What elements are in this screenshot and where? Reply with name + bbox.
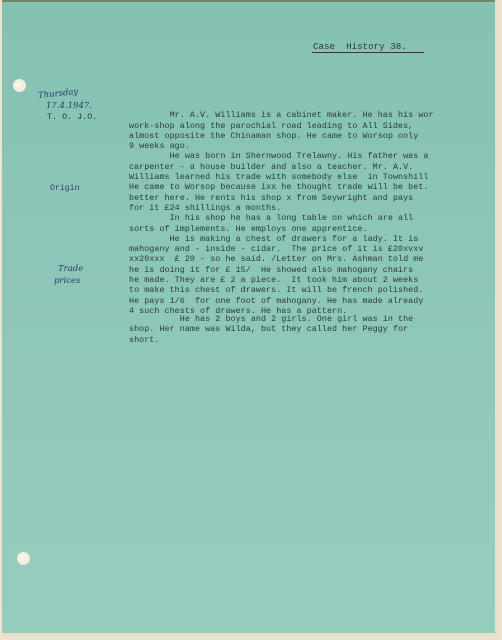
margin-note-prices: prices	[54, 276, 80, 286]
body-line: short.	[129, 335, 159, 345]
body-line: He was born in Shernwood Trelawny. His f…	[129, 151, 428, 161]
margin-note-day: Thursday	[38, 87, 79, 101]
margin-note-origin: Origin	[50, 184, 79, 193]
body-line: In his shop he has a long table on which…	[129, 213, 413, 223]
body-line: shop. Her name was Wilda, but they calle…	[129, 324, 408, 334]
body-line: better here. He rents his shop x from Se…	[129, 193, 413, 203]
body-line: sorts of implements. He employs one appr…	[129, 224, 368, 234]
body-line: Mr. A.V. Williams is a cabinet maker. He…	[129, 110, 434, 120]
body-line: for it £24 shillings a months.	[129, 203, 281, 213]
body-line: 9 weeks ago.	[129, 141, 190, 151]
title-underline	[312, 52, 424, 53]
body-line: he made. They are £ 2 a piece. It took h…	[129, 275, 418, 285]
body-line: he is doing it for £ 15/ He showed also …	[129, 265, 413, 275]
body-line: carpenter - a house builder and also a t…	[129, 162, 413, 172]
margin-note-initials: T. O. J.O.	[47, 112, 97, 122]
body-line: almost opposite the Chinaman shop. He ca…	[129, 131, 418, 141]
margin-note-trade: Trade	[58, 264, 83, 274]
page-top-edge	[2, 0, 495, 2]
body-line: work-shop along the parochial road leadi…	[129, 121, 413, 131]
punch-hole-top	[13, 79, 26, 92]
body-line: mahogany and - inside - cidar. The price…	[129, 244, 423, 254]
body-line: Williams learned his trade with somebody…	[129, 172, 428, 182]
body-line: He came to Worsop because ixx he thought…	[129, 182, 428, 192]
punch-hole-bottom	[17, 552, 30, 565]
body-line: xx20xxx £ 20 - so he said. /Letter on Mr…	[129, 254, 423, 264]
case-history-title: Case History 38.	[313, 41, 407, 52]
margin-note-date: 17.4.1947.	[46, 101, 92, 111]
body-line: He pays 1/6 for one foot of mahogany. He…	[129, 296, 423, 306]
body-line: He is making a chest of drawers for a la…	[129, 234, 418, 244]
body-line: He has 2 boys and 2 girls. One girl was …	[129, 314, 413, 324]
body-line: to make this chest of drawers. It will b…	[129, 285, 423, 295]
document-page: Case History 38. Thursday 17.4.1947. T. …	[2, 0, 498, 636]
